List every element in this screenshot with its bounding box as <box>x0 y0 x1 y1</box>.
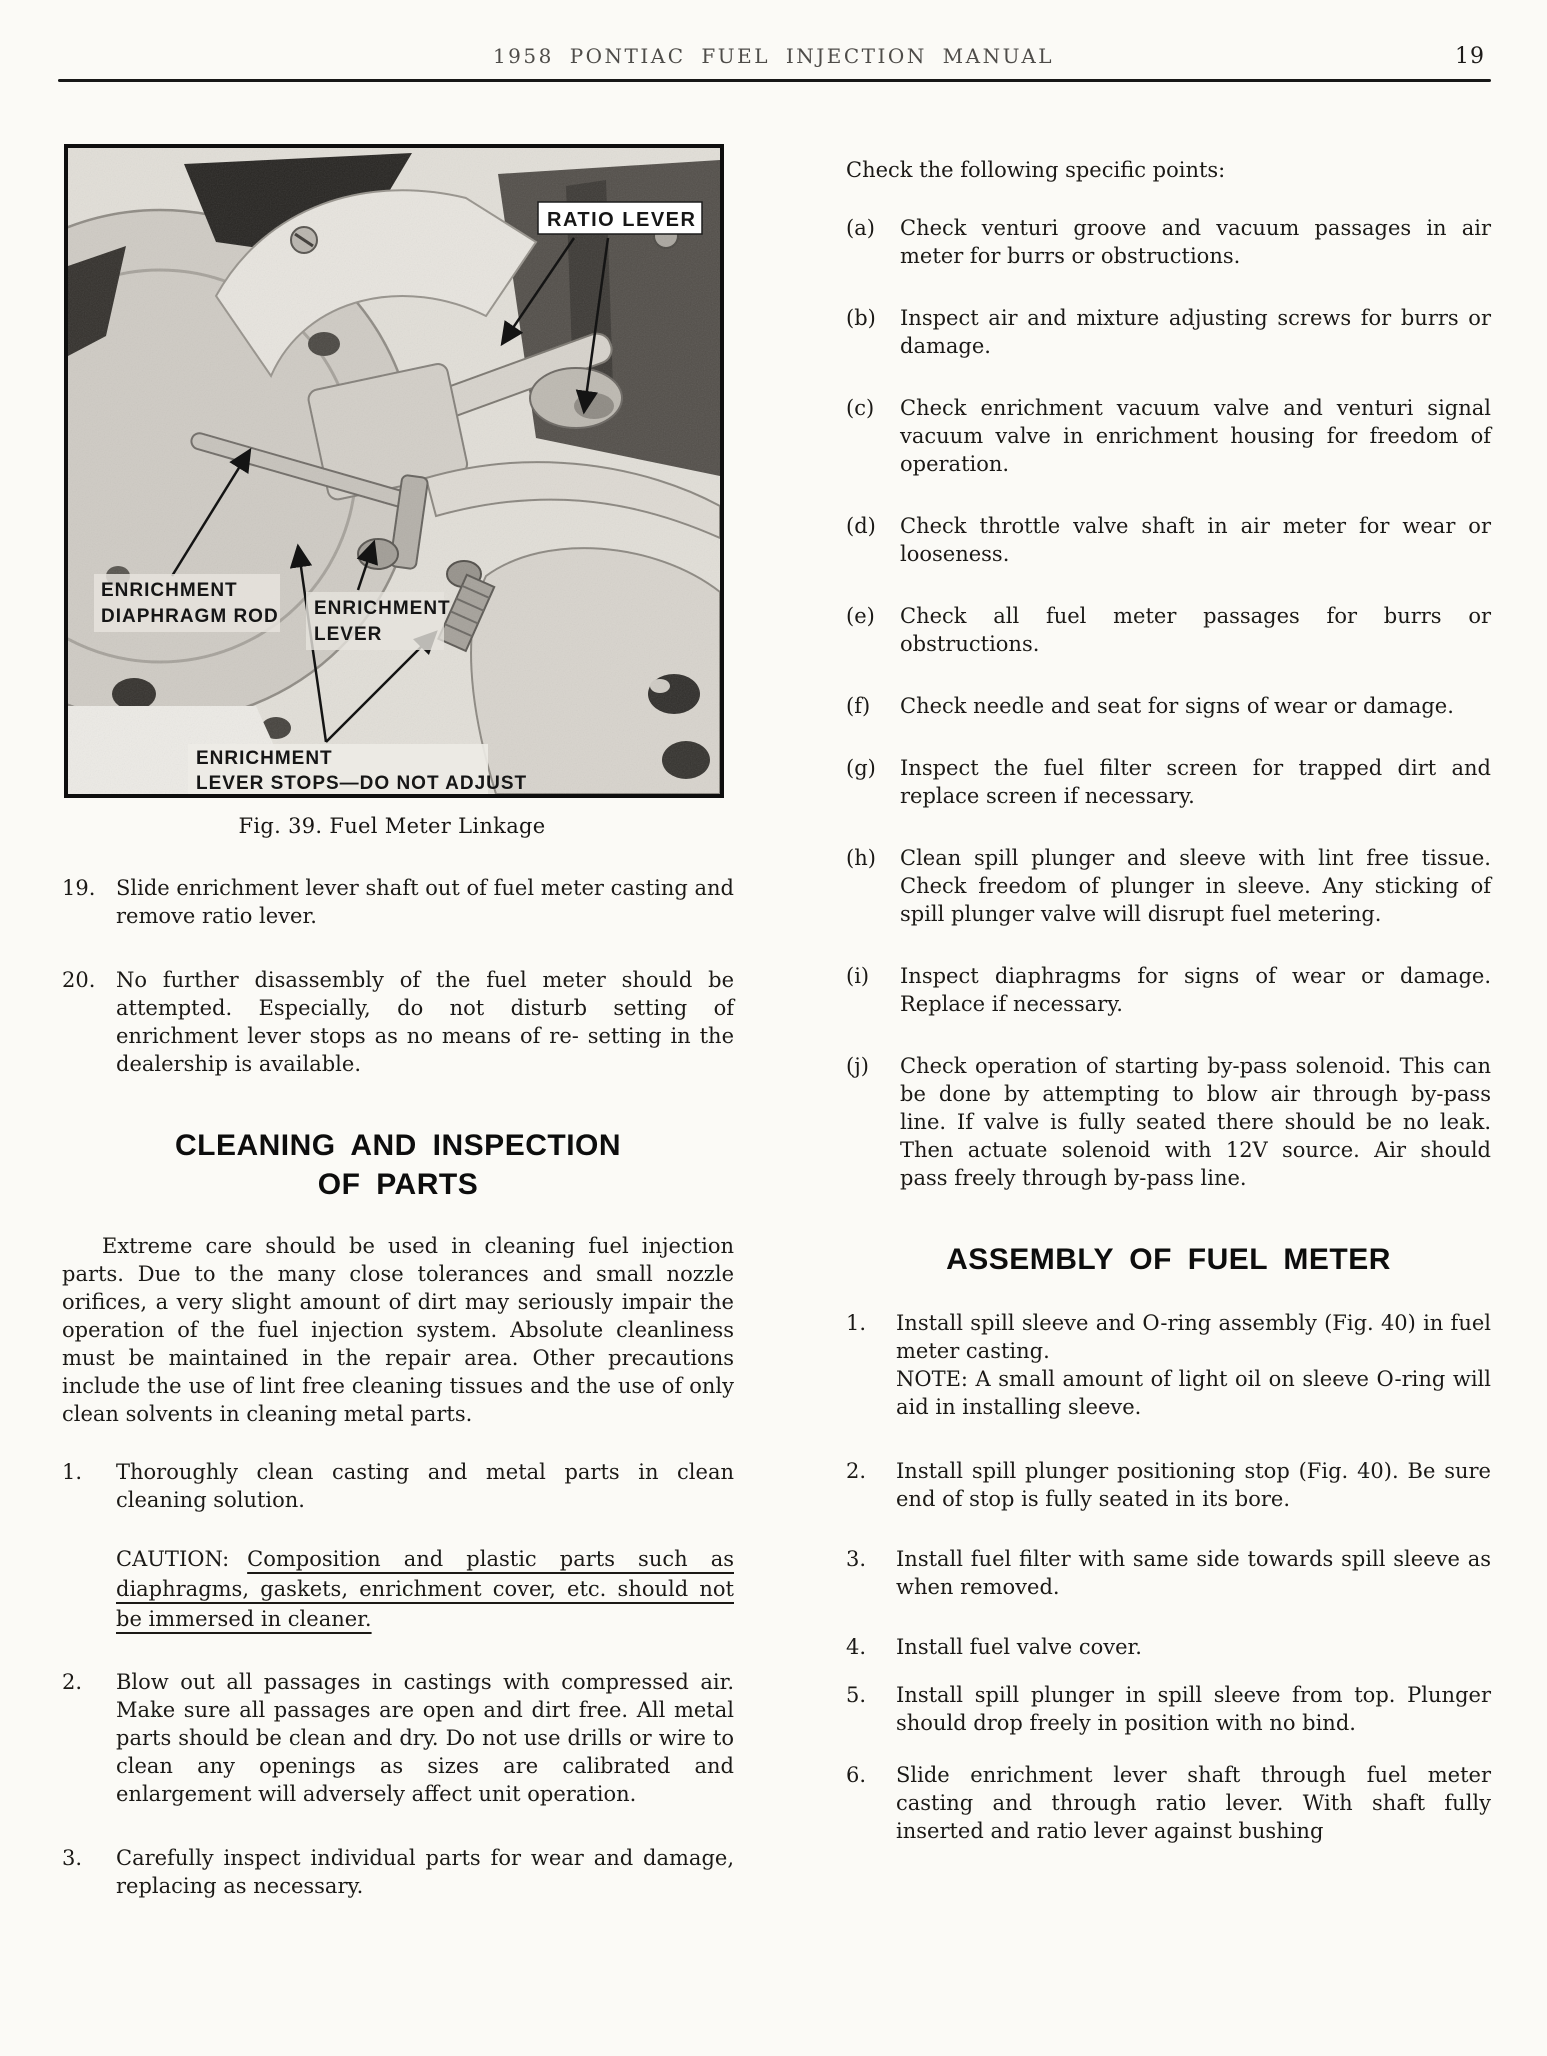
list-item-20: 20. No further disassembly of the fuel m… <box>62 966 734 1078</box>
list-marker: 20. <box>62 966 116 1078</box>
list-text: Inspect air and mixture adjusting screws… <box>900 304 1491 360</box>
list-text: Carefully inspect individual parts for w… <box>116 1844 734 1900</box>
list-text: Slide enrichment lever shaft out of fuel… <box>116 874 734 930</box>
enrichment-lever-label-line2: LEVER <box>314 624 382 645</box>
check-item-b: (b) Inspect air and mixture adjusting sc… <box>846 304 1491 360</box>
list-text: Check operation of starting by-pass sole… <box>900 1052 1491 1192</box>
list-text: Blow out all passages in castings with c… <box>116 1668 734 1808</box>
figure-caption: Fig. 39. Fuel Meter Linkage <box>62 814 722 838</box>
list-marker: 5. <box>846 1681 896 1737</box>
enrichment-diaphragm-rod-label-line1: ENRICHMENT <box>101 580 238 601</box>
enrichment-lever-label-line1: ENRICHMENT <box>314 598 451 619</box>
list-marker: (c) <box>846 394 900 478</box>
list-marker: 3. <box>846 1545 896 1601</box>
list-text: Check throttle valve shaft in air meter … <box>900 512 1491 568</box>
list-item-1: 1. Thoroughly clean casting and metal pa… <box>62 1458 734 1514</box>
figure-39-photo: RATIO LEVER ENRICHMENT DIAPHRAGM ROD ENR… <box>64 144 724 798</box>
list-marker: 19. <box>62 874 116 930</box>
list-text: Check needle and seat for signs of wear … <box>900 692 1491 720</box>
list-text: Check enrichment vacuum valve and ventur… <box>900 394 1491 478</box>
section-heading-line2: OF PARTS <box>62 1165 734 1204</box>
list-text: Check venturi groove and vacuum passages… <box>900 214 1491 270</box>
two-column-body: RATIO LEVER ENRICHMENT DIAPHRAGM ROD ENR… <box>0 82 1547 1900</box>
page-number: 19 <box>1455 44 1485 69</box>
list-marker: (i) <box>846 962 900 1018</box>
caution-block: CAUTION:Composition and plastic parts su… <box>116 1544 734 1634</box>
list-text: Clean spill plunger and sleeve with lint… <box>900 844 1491 928</box>
enrichment-lever-stops-label-line2: LEVER STOPS—DO NOT ADJUST <box>196 773 527 794</box>
assembly-item-5: 5. Install spill plunger in spill sleeve… <box>846 1681 1491 1737</box>
right-column: Check the following specific points: (a)… <box>846 82 1491 1900</box>
check-item-c: (c) Check enrichment vacuum valve and ve… <box>846 394 1491 478</box>
list-marker: (j) <box>846 1052 900 1192</box>
ratio-lever-label: RATIO LEVER <box>547 209 696 231</box>
assembly-item-2: 2. Install spill plunger positioning sto… <box>846 1457 1491 1513</box>
section-heading-assembly: ASSEMBLY OF FUEL METER <box>846 1240 1491 1279</box>
check-item-g: (g) Inspect the fuel filter screen for t… <box>846 754 1491 810</box>
manual-page: 1958 PONTIAC FUEL INJECTION MANUAL 19 <box>0 0 1547 2056</box>
caution-label: CAUTION: <box>116 1547 229 1571</box>
list-item-2: 2. Blow out all passages in castings wit… <box>62 1668 734 1808</box>
cleaning-intro-paragraph: Extreme care should be used in cleaning … <box>62 1232 734 1428</box>
list-text: Install fuel valve cover. <box>896 1633 1491 1661</box>
list-marker: (f) <box>846 692 900 720</box>
check-item-e: (e) Check all fuel meter passages for bu… <box>846 602 1491 658</box>
list-marker: (g) <box>846 754 900 810</box>
assembly-item-6: 6. Slide enrichment lever shaft through … <box>846 1761 1491 1845</box>
list-marker: (d) <box>846 512 900 568</box>
list-marker: 2. <box>62 1668 116 1808</box>
check-item-a: (a) Check venturi groove and vacuum pass… <box>846 214 1491 270</box>
check-item-h: (h) Clean spill plunger and sleeve with … <box>846 844 1491 928</box>
list-item-19: 19. Slide enrichment lever shaft out of … <box>62 874 734 930</box>
page-header: 1958 PONTIAC FUEL INJECTION MANUAL 19 <box>0 0 1547 68</box>
assembly-item-1-note: NOTE: A small amount of light oil on sle… <box>896 1365 1491 1421</box>
assembly-item-1: 1. Install spill sleeve and O-ring assem… <box>846 1309 1491 1421</box>
check-item-i: (i) Inspect diaphragms for signs of wear… <box>846 962 1491 1018</box>
section-heading-line1: CLEANING AND INSPECTION <box>62 1126 734 1165</box>
list-marker: 2. <box>846 1457 896 1513</box>
check-item-j: (j) Check operation of starting by-pass … <box>846 1052 1491 1192</box>
list-text: Slide enrichment lever shaft through fue… <box>896 1761 1491 1845</box>
photo-grain <box>68 148 720 794</box>
list-marker: (e) <box>846 602 900 658</box>
list-text: Install fuel filter with same side towar… <box>896 1545 1491 1601</box>
list-text: Install spill sleeve and O-ring assembly… <box>896 1309 1491 1421</box>
list-text: Install spill plunger positioning stop (… <box>896 1457 1491 1513</box>
list-text: Check all fuel meter passages for burrs … <box>900 602 1491 658</box>
list-marker: 4. <box>846 1633 896 1661</box>
list-marker: (h) <box>846 844 900 928</box>
assembly-item-1-text: Install spill sleeve and O-ring assembly… <box>896 1311 1491 1363</box>
list-marker: (a) <box>846 214 900 270</box>
list-marker: 3. <box>62 1844 116 1900</box>
list-text: No further disassembly of the fuel meter… <box>116 966 734 1078</box>
list-text: Inspect the fuel filter screen for trapp… <box>900 754 1491 810</box>
enrichment-lever-stops-label-line1: ENRICHMENT <box>196 748 333 769</box>
section-heading-cleaning: CLEANING AND INSPECTION OF PARTS <box>62 1126 734 1204</box>
enrichment-diaphragm-rod-label-line2: DIAPHRAGM ROD <box>101 606 279 627</box>
left-column: RATIO LEVER ENRICHMENT DIAPHRAGM ROD ENR… <box>62 82 734 1900</box>
checks-intro: Check the following specific points: <box>846 156 1491 184</box>
fuel-meter-linkage-illustration: RATIO LEVER ENRICHMENT DIAPHRAGM ROD ENR… <box>68 148 720 794</box>
assembly-item-4: 4. Install fuel valve cover. <box>846 1633 1491 1661</box>
check-item-d: (d) Check throttle valve shaft in air me… <box>846 512 1491 568</box>
assembly-item-3: 3. Install fuel filter with same side to… <box>846 1545 1491 1601</box>
list-marker: 1. <box>62 1458 116 1514</box>
list-marker: 1. <box>846 1309 896 1421</box>
list-text: Inspect diaphragms for signs of wear or … <box>900 962 1491 1018</box>
check-item-f: (f) Check needle and seat for signs of w… <box>846 692 1491 720</box>
list-marker: 6. <box>846 1761 896 1845</box>
list-marker: (b) <box>846 304 900 360</box>
list-text: Install spill plunger in spill sleeve fr… <box>896 1681 1491 1737</box>
list-item-3: 3. Carefully inspect individual parts fo… <box>62 1844 734 1900</box>
list-text: Thoroughly clean casting and metal parts… <box>116 1458 734 1514</box>
header-title: 1958 PONTIAC FUEL INJECTION MANUAL <box>493 44 1054 68</box>
